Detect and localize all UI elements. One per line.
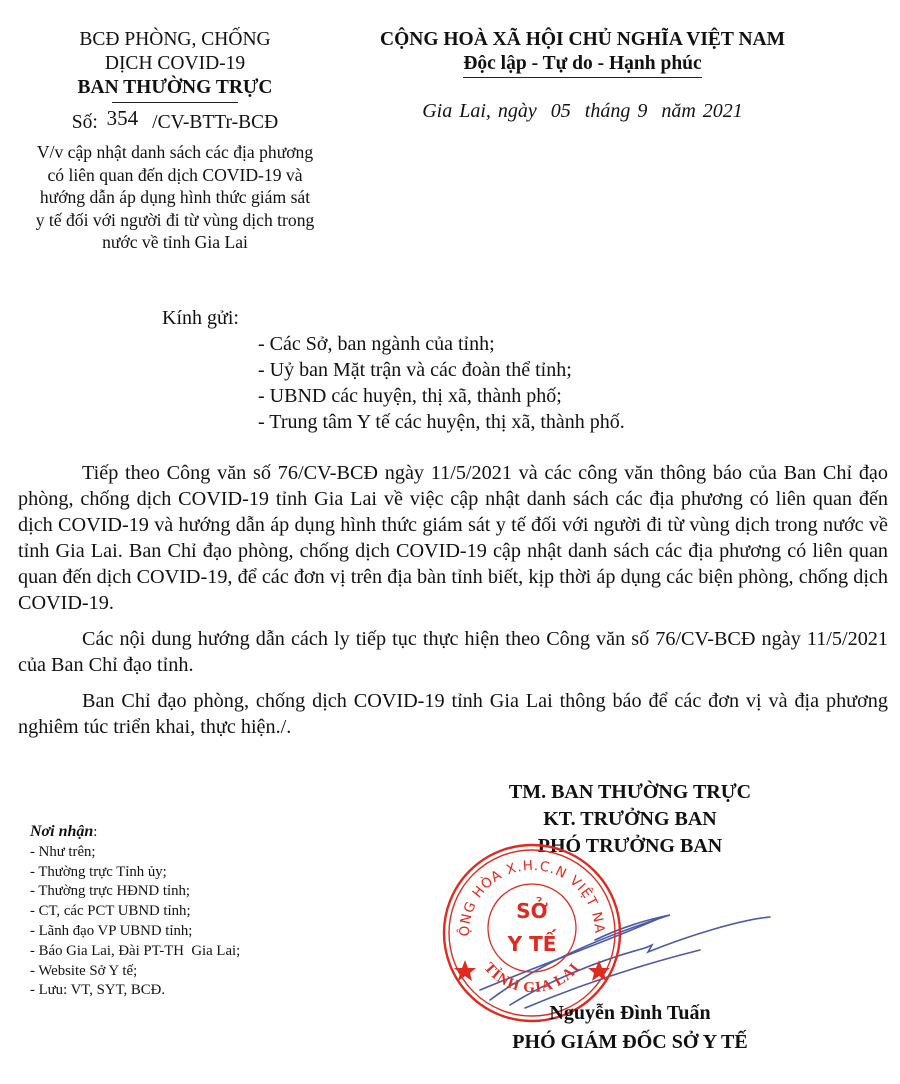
signature-title-line: KT. TRƯỞNG BAN [430,806,830,833]
distribution-item: - Như trên; [30,843,240,863]
distribution-item: - Thường trực HĐND tỉnh; [30,882,240,902]
recipients-label: Kính gửi: [162,305,625,331]
seal-center-line-2: Y TẾ [507,930,557,956]
star-icon [454,960,610,981]
signer-position: PHÓ GIÁM ĐỐC SỞ Y TẾ [430,1028,830,1057]
seal-center-line-1: SỞ [516,898,548,923]
recipient-item: - UBND các huyện, thị xã, thành phố; [258,383,625,409]
distribution-item: - Báo Gia Lai, Đài PT-TH Gia Lai; [30,942,240,962]
agency-name-line-1: BCĐ PHÒNG, CHỐNG [10,28,340,52]
body-paragraph: Ban Chỉ đạo phòng, chống dịch COVID-19 t… [18,688,888,740]
header-divider [112,102,238,103]
distribution-item: - Website Sở Y tế; [30,962,240,982]
issuing-agency-header: BCĐ PHÒNG, CHỐNG DỊCH COVID-19 BAN THƯỜN… [10,28,340,254]
recipient-item: - Các Sở, ban ngành của tỉnh; [258,331,625,357]
recipients-list: - Các Sở, ban ngành của tỉnh; - Uỷ ban M… [258,331,625,435]
distribution-item: - Lưu: VT, SYT, BCĐ. [30,981,240,1001]
document-number: Số: 354/CV-BTTr-BCĐ [10,109,340,135]
recipient-item: - Uỷ ban Mặt trận và các đoàn thể tỉnh; [258,357,625,383]
subject-line: y tế đối với người đi từ vùng dịch trong [10,209,340,232]
distribution-item: - CT, các PCT UBND tỉnh; [30,902,240,922]
signature-title-line: TM. BAN THƯỜNG TRỰC [430,779,830,806]
signer-block: Nguyễn Đình Tuấn PHÓ GIÁM ĐỐC SỞ Y TẾ [430,999,830,1057]
seal-bottom-text: TỈNH GIA LAI [481,960,584,996]
recipients-block: Kính gửi: - Các Sở, ban ngành của tỉnh; … [162,305,625,435]
document-number-suffix: /CV-BTTr-BCĐ [152,112,278,133]
agency-name-line-2: DỊCH COVID-19 [10,52,340,76]
body-paragraph: Các nội dung hướng dẫn cách ly tiếp tục … [18,626,888,678]
department-name: BAN THƯỜNG TRỰC [10,76,340,100]
document-number-value: 354 [103,106,153,130]
distribution-item: - Thường trực Tỉnh ủy; [30,863,240,883]
subject-line: V/v cập nhật danh sách các địa phương [10,141,340,164]
recipient-item: - Trung tâm Y tế các huyện, thị xã, thàn… [258,409,625,435]
body-paragraph: Tiếp theo Công văn số 76/CV-BCĐ ngày 11/… [18,460,888,616]
national-title: CỘNG HOÀ XÃ HỘI CHỦ NGHĨA VIỆT NAM [340,28,825,52]
document-subject: V/v cập nhật danh sách các địa phương có… [10,141,340,254]
signer-name: Nguyễn Đình Tuấn [430,999,830,1028]
distribution-item: - Lãnh đạo VP UBND tỉnh; [30,922,240,942]
national-motto: Độc lập - Tự do - Hạnh phúc [463,52,701,78]
national-header: CỘNG HOÀ XÃ HỘI CHỦ NGHĨA VIỆT NAM Độc l… [340,28,825,123]
distribution-title: Nơi nhận [30,823,93,840]
subject-line: có liên quan đến dịch COVID-19 và [10,164,340,187]
subject-line: nước về tỉnh Gia Lai [10,231,340,254]
distribution-list: Nơi nhận: - Như trên; - Thường trực Tỉnh… [30,822,240,1001]
subject-line: hướng dẫn áp dụng hình thức giám sát [10,186,340,209]
place-and-date: Gia Lai, ngày 05 tháng 9 năm 2021 [340,100,825,123]
document-number-label: Số: [72,112,98,133]
document-body: Tiếp theo Công văn số 76/CV-BCĐ ngày 11/… [18,460,888,750]
